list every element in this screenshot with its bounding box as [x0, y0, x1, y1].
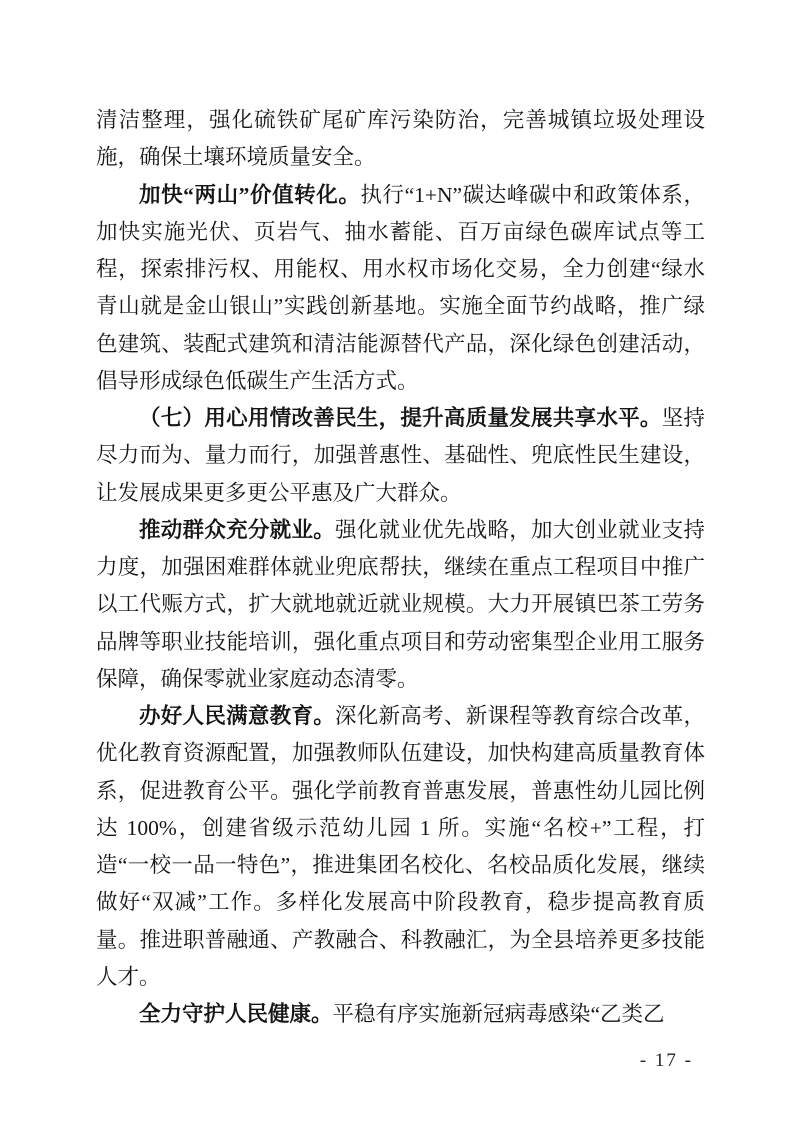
paragraph-body: 清洁整理，强化硫铁矿尾矿库污染防治，完善城镇垃圾处理设施，确保土壤环境质量安全。: [96, 108, 705, 169]
paragraph-bold-lead: 推动群众充分就业。: [139, 518, 335, 542]
paragraph-soil-continuation: 清洁整理，强化硫铁矿尾矿库污染防治，完善城镇垃圾处理设施，确保土壤环境质量安全。: [96, 102, 705, 177]
paragraph-two-mountains-value: 加快“两山”价值转化。执行“1+N”碳达峰碳中和政策体系，加快实施光伏、页岩气、…: [96, 177, 705, 401]
paragraph-employment: 推动群众充分就业。强化就业优先战略，加大创业就业支持力度，加强困难群体就业兜底帮…: [96, 512, 705, 698]
document-body: 清洁整理，强化硫铁矿尾矿库污染防治，完善城镇垃圾处理设施，确保土壤环境质量安全。…: [96, 102, 705, 1033]
paragraph-section-seven-livelihood: （七）用心用情改善民生，提升高质量发展共享水平。坚持尽力而为、量力而行，加强普惠…: [96, 400, 705, 512]
paragraph-body: 强化就业优先战略，加大创业就业支持力度，加强困难群体就业兜底帮扶，继续在重点工程…: [96, 518, 705, 691]
paragraph-body: 执行“1+N”碳达峰碳中和政策体系，加快实施光伏、页岩气、抽水蓄能、百万亩绿色碳…: [96, 183, 705, 393]
paragraph-bold-lead: 全力守护人民健康。: [139, 1002, 333, 1026]
paragraph-bold-lead: 加快“两山”价值转化。: [139, 183, 360, 207]
paragraph-bold-lead: 办好人民满意教育。: [139, 704, 335, 728]
paragraph-body: 平稳有序实施新冠病毒感染“乙类乙: [333, 1002, 665, 1026]
page-number: - 17 -: [640, 1050, 693, 1071]
section-heading: （七）用心用情改善民生，提升高质量发展共享水平。: [139, 406, 662, 430]
page-footer: - 17 -: [640, 1050, 693, 1072]
paragraph-health: 全力守护人民健康。平稳有序实施新冠病毒感染“乙类乙: [96, 996, 705, 1033]
document-page: 清洁整理，强化硫铁矿尾矿库污染防治，完善城镇垃圾处理设施，确保土壤环境质量安全。…: [0, 0, 793, 1122]
paragraph-body: 深化新高考、新课程等教育综合改革，优化教育资源配置，加强教师队伍建设，加快构建高…: [96, 704, 705, 989]
paragraph-education: 办好人民满意教育。深化新高考、新课程等教育综合改革，优化教育资源配置，加强教师队…: [96, 698, 705, 996]
